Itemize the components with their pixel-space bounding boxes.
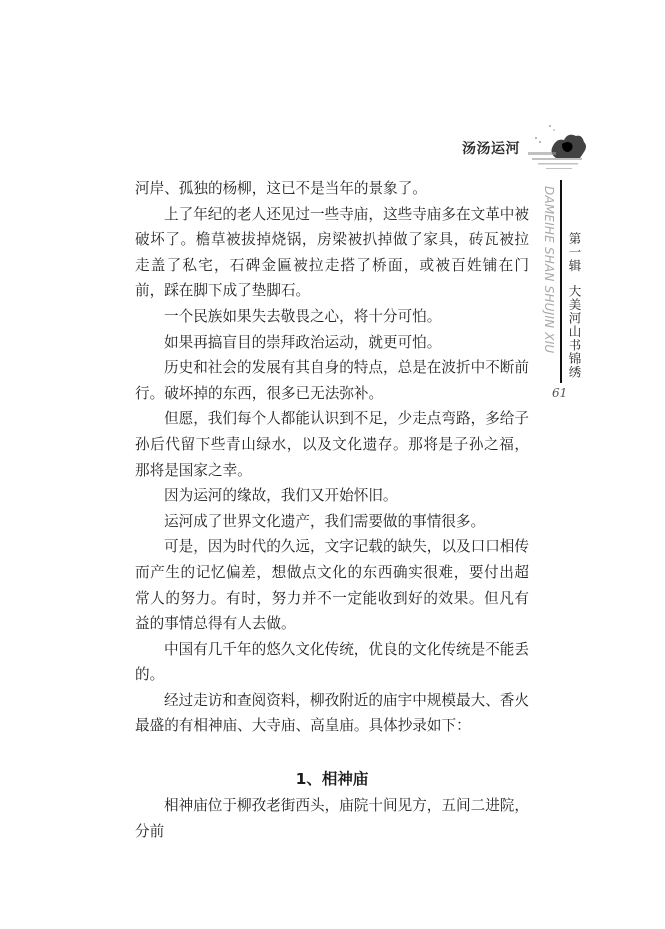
sidebar-chinese-title: 第一辑大美河山书锦绣: [566, 232, 582, 379]
paragraph: 如果再搞盲目的崇拜政治运动，就更可怕。: [135, 330, 529, 356]
ink-landscape-icon: [522, 118, 594, 174]
paragraph: 历史和社会的发展有其自身的特点，总是在波折中不断前行。破坏掉的东西，很多已无法弥…: [135, 355, 529, 406]
page-number: 61: [552, 386, 567, 400]
section-heading: 1、相神庙: [135, 765, 529, 793]
paragraph: 可是，因为时代的久远，文字记载的缺失，以及口口相传而产生的记忆偏差，想做点文化的…: [135, 534, 529, 636]
paragraph: 上了年纪的老人还见过一些寺庙，这些寺庙多在文革中被破坏了。檐草被拔掉烧锅，房梁被…: [135, 202, 529, 304]
section-paragraph: 相神庙位于柳孜老街西头，庙院十间见方，五间二进院，分前: [135, 793, 529, 844]
body-text: 河岸、孤独的杨柳，这已不是当年的景象了。 上了年纪的老人还见过一些寺庙，这些寺庙…: [135, 176, 529, 844]
sidebar-english-title: DAMEIHE SHAN SHUJIN XIU: [538, 186, 556, 386]
paragraph: 经过走访和查阅资料，柳孜附近的庙宇中规模最大、香火最盛的有相神庙、大寺庙、高皇庙…: [135, 688, 529, 739]
part-title: 大美河山书锦绣: [567, 285, 582, 380]
sidebar-divider: [560, 180, 562, 383]
paragraph: 一个民族如果失去敬畏之心，将十分可怕。: [135, 304, 529, 330]
paragraph: 但愿，我们每个人都能认识到不足，少走点弯路，多给子孙后代留下些青山绿水，以及文化…: [135, 406, 529, 483]
running-title: 汤汤运河: [462, 138, 520, 158]
paragraph: 运河成了世界文化遗产，我们需要做的事情很多。: [135, 509, 529, 535]
paragraph: 河岸、孤独的杨柳，这已不是当年的景象了。: [135, 176, 529, 202]
paragraph: 中国有几千年的悠久文化传统，优良的文化传统是不能丢的。: [135, 637, 529, 688]
part-label: 第一辑: [567, 232, 582, 273]
paragraph: 因为运河的缘故，我们又开始怀旧。: [135, 483, 529, 509]
